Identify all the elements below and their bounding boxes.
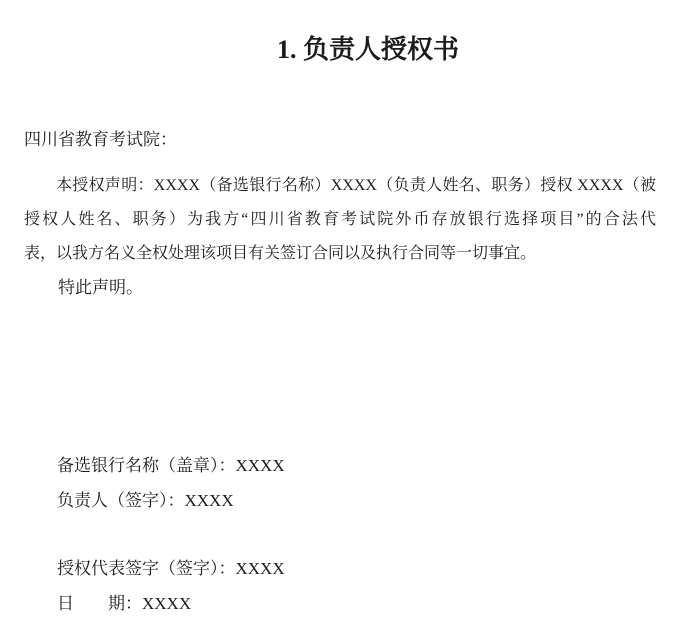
document-page: 1. 负责人授权书 四川省教育考试院： 本授权声明：XXXX（备选银行名称）XX… xyxy=(0,0,680,644)
body-line-2: 授权人姓名、职务）为我方“四川省教育考试院外币存放银行选择项目”的合法代 xyxy=(24,203,656,237)
closing-statement: 特此声明。 xyxy=(24,271,656,305)
signature-label-person-in-charge: 负责人（签字）： xyxy=(57,491,185,510)
signature-value-bank-seal: XXXX xyxy=(236,456,285,475)
body-line-3: 表，以我方名义全权处理该项目有关签订合同以及执行合同等一切事宜。 xyxy=(24,237,656,271)
body-line-1: 本授权声明：XXXX（备选银行名称）XXXX（负责人姓名、职务）授权 XXXX（… xyxy=(24,169,656,203)
signature-label-authorized-representative: 授权代表签字（签字）： xyxy=(57,559,236,578)
signature-line-authorized-representative: 授权代表签字（签字）：XXXX xyxy=(24,551,656,586)
signature-block-spacer xyxy=(24,518,656,551)
body-paragraph: 本授权声明：XXXX（备选银行名称）XXXX（负责人姓名、职务）授权 XXXX（… xyxy=(24,169,656,271)
signature-block: 备选银行名称（盖章）：XXXX 负责人（签字）：XXXX 授权代表签字（签字）：… xyxy=(24,448,656,621)
signature-label-bank-seal: 备选银行名称（盖章）： xyxy=(57,456,236,475)
signature-line-person-in-charge: 负责人（签字）：XXXX xyxy=(24,483,656,518)
signature-label-date: 日 期： xyxy=(57,594,142,613)
signature-value-person-in-charge: XXXX xyxy=(185,491,234,510)
signature-line-bank-seal: 备选银行名称（盖章）：XXXX xyxy=(24,448,656,483)
signature-line-date: 日 期：XXXX xyxy=(24,586,656,621)
signature-value-authorized-representative: XXXX xyxy=(236,559,285,578)
signature-value-date: XXXX xyxy=(142,594,191,613)
salutation-line: 四川省教育考试院： xyxy=(24,123,656,157)
document-title: 1. 负责人授权书 xyxy=(24,34,656,66)
